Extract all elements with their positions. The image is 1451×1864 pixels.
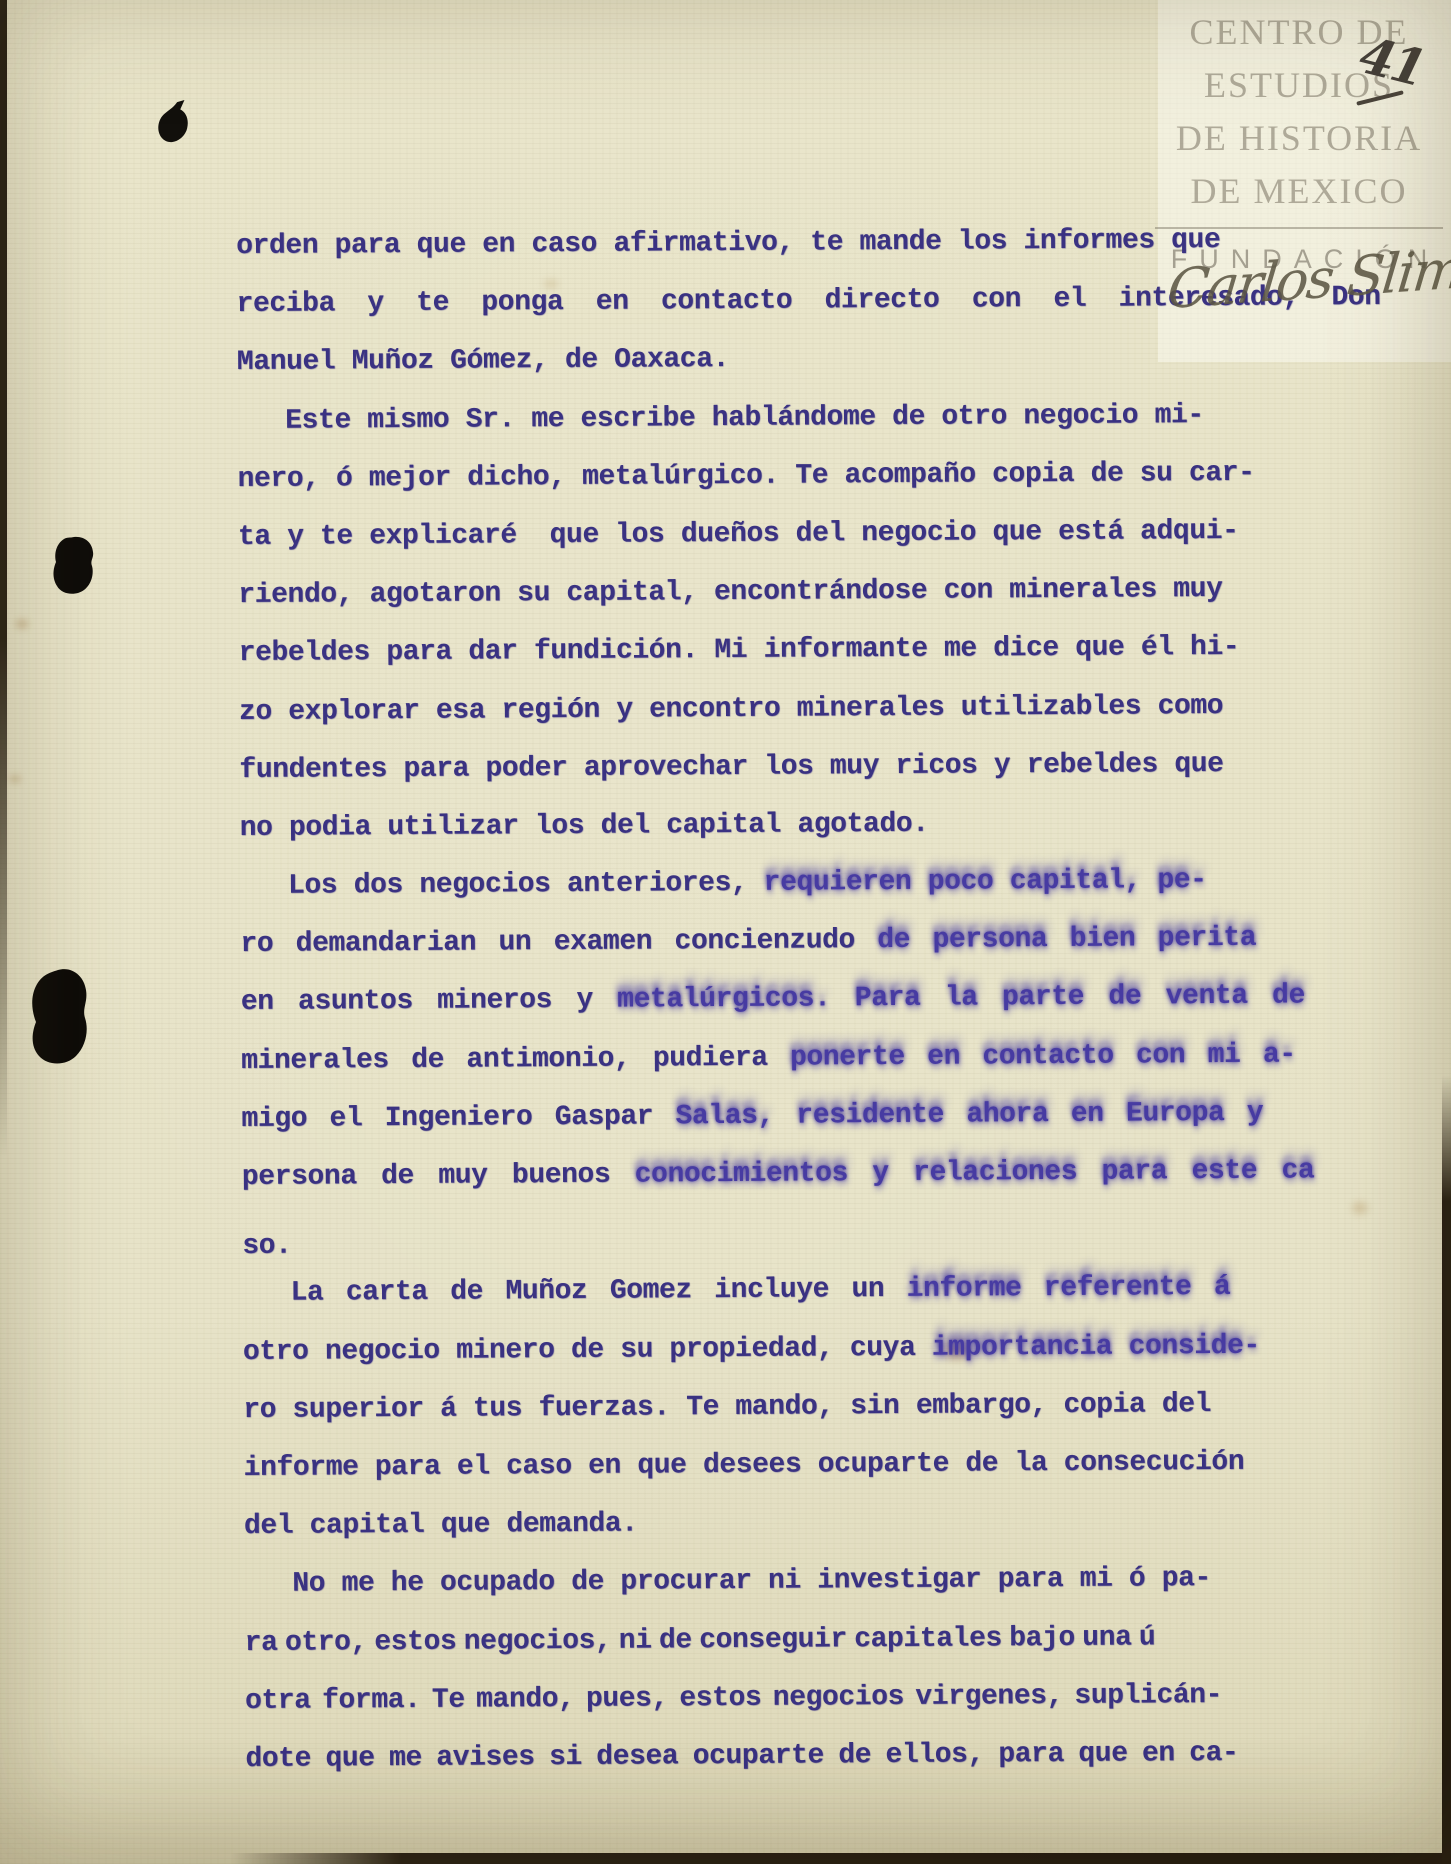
letter-text-segment: ro demandarian un examen concienzudo — [240, 925, 877, 960]
letter-text-segment-smudged: importancia conside- — [932, 1330, 1260, 1363]
letter-text-segment: nero, ó mejor dicho, metalúrgico. Te aco… — [238, 458, 1255, 495]
letter-line: Los dos negocios anteriores, requieren p… — [240, 851, 1430, 916]
letter-line: ta y te explicaré que los dueños del neg… — [238, 502, 1428, 567]
letter-text-segment: minerales de antimonio, pudiera — [241, 1042, 790, 1076]
letter-line: dote que me avises si desea ocuparte de … — [245, 1724, 1435, 1789]
letter-text-segment: riendo, agotaron su capital, encontrándo… — [238, 574, 1222, 611]
watermark-line: DE HISTORIA — [1153, 112, 1445, 165]
punch-hole-bottom-icon — [28, 968, 92, 1066]
letter-text-segment: so. — [242, 1231, 291, 1262]
letter-line: ro demandarian un examen concienzudo de … — [240, 909, 1430, 974]
letter-text-segment-smudged: requieren poco capital, pe- — [764, 865, 1207, 899]
letter-text-segment-smudged: de persona bien perita — [877, 923, 1256, 956]
letter-line: fundentes para poder aprovechar los muy … — [239, 734, 1429, 799]
letter-body: orden para que en caso afirmativo, te ma… — [236, 211, 1436, 1789]
scan-edge-left — [0, 0, 7, 1160]
letter-text-segment: informe para el caso en que desees ocupa… — [244, 1447, 1245, 1484]
letter-text-segment: zo explorar esa región y encontro minera… — [239, 690, 1223, 727]
paper-stain — [6, 772, 24, 786]
scan-edge-bottom — [230, 1853, 1451, 1864]
letter-text-segment: Este mismo Sr. me escribe hablándome de … — [285, 400, 1204, 437]
letter-line: minerales de antimonio, pudiera ponerte … — [241, 1025, 1431, 1090]
letter-line: riendo, agotaron su capital, encontrándo… — [238, 560, 1428, 625]
letter-text-segment: en asuntos mineros y — [241, 985, 618, 1018]
letter-text-segment: migo el Ingeniero Gaspar — [241, 1101, 675, 1135]
letter-text-segment: dote que me avises si desea ocuparte de … — [245, 1738, 1238, 1775]
letter-line: del capital que demanda. — [244, 1491, 1434, 1556]
letter-line: otro negocio minero de su propiedad, cuy… — [243, 1316, 1433, 1381]
scanned-letter-page: CENTRO DE ESTUDIOS DE HISTORIA DE MEXICO… — [0, 0, 1451, 1864]
letter-text-segment: ra otro, estos negocios, ni de conseguir… — [245, 1622, 1156, 1659]
letter-text-segment: ro superior á tus fuerzas. Te mando, sin… — [243, 1389, 1211, 1426]
letter-text-segment: del capital que demanda. — [244, 1509, 638, 1542]
letter-text-segment-smudged: conocimientos y relaciones para este ca — [635, 1155, 1315, 1190]
letter-text-segment-smudged: Salas, residente ahora en Europa y — [675, 1098, 1263, 1133]
letter-line: persona de muy buenos conocimientos y re… — [242, 1142, 1432, 1207]
letter-line: no podia utilizar los del capital agotad… — [240, 793, 1430, 858]
letter-line: rebeldes para dar fundición. Mi informan… — [238, 618, 1428, 683]
letter-text-segment: otra forma. Te mando, pues, estos negoci… — [245, 1680, 1222, 1717]
letter-text-segment: fundentes para poder aprovechar los muy … — [239, 749, 1223, 786]
letter-line: No me he ocupado de procurar ni investig… — [244, 1549, 1434, 1614]
letter-line: otra forma. Te mando, pues, estos negoci… — [245, 1665, 1435, 1730]
letter-text-segment: otro negocio minero de su propiedad, cuy… — [243, 1332, 932, 1367]
paper-stain — [12, 616, 32, 632]
letter-text-segment: persona de muy buenos — [242, 1160, 635, 1193]
ink-blot-icon — [156, 100, 192, 146]
letter-text-segment-smudged: informe referente á — [907, 1272, 1231, 1305]
letter-text-segment: ta y te explicaré que los dueños del neg… — [238, 516, 1239, 553]
letter-text-segment: orden para que en caso afirmativo, te ma… — [236, 225, 1220, 262]
letter-text-segment: No me he ocupado de procurar ni investig… — [292, 1563, 1211, 1600]
scan-edge-right — [1442, 1075, 1451, 1864]
letter-text-segment: rebeldes para dar fundición. Mi informan… — [239, 632, 1240, 669]
letter-line: migo el Ingeniero Gaspar Salas, resident… — [241, 1084, 1431, 1149]
letter-text-segment-smudged: metalúrgicos. Para la parte de venta de — [617, 981, 1305, 1016]
letter-line: nero, ó mejor dicho, metalúrgico. Te aco… — [237, 443, 1427, 508]
letter-text-segment: no podia utilizar los del capital agotad… — [240, 809, 929, 844]
letter-line: ra otro, estos negocios, ni de conseguir… — [245, 1607, 1435, 1672]
letter-line: Este mismo Sr. me escribe hablándome de … — [237, 385, 1427, 450]
letter-line: en asuntos mineros y metalúrgicos. Para … — [241, 967, 1431, 1032]
letter-line: ro superior á tus fuerzas. Te mando, sin… — [243, 1374, 1433, 1439]
letter-line: zo explorar esa región y encontro minera… — [239, 676, 1429, 741]
letter-text-segment: La carta de Muñoz Gomez incluye un — [290, 1274, 906, 1309]
letter-line: Manuel Muñoz Gómez, de Oaxaca. — [237, 327, 1427, 392]
letter-line: La carta de Muñoz Gomez incluye un infor… — [242, 1258, 1432, 1323]
punch-hole-top-icon — [52, 536, 96, 596]
letter-line: informe para el caso en que desees ocupa… — [243, 1433, 1433, 1498]
letter-text-segment: Los dos negocios anteriores, — [288, 868, 764, 902]
letter-text-segment-smudged: ponerte en contacto con mi a- — [790, 1039, 1296, 1073]
letter-text-segment: Manuel Muñoz Gómez, de Oaxaca. — [237, 344, 729, 378]
